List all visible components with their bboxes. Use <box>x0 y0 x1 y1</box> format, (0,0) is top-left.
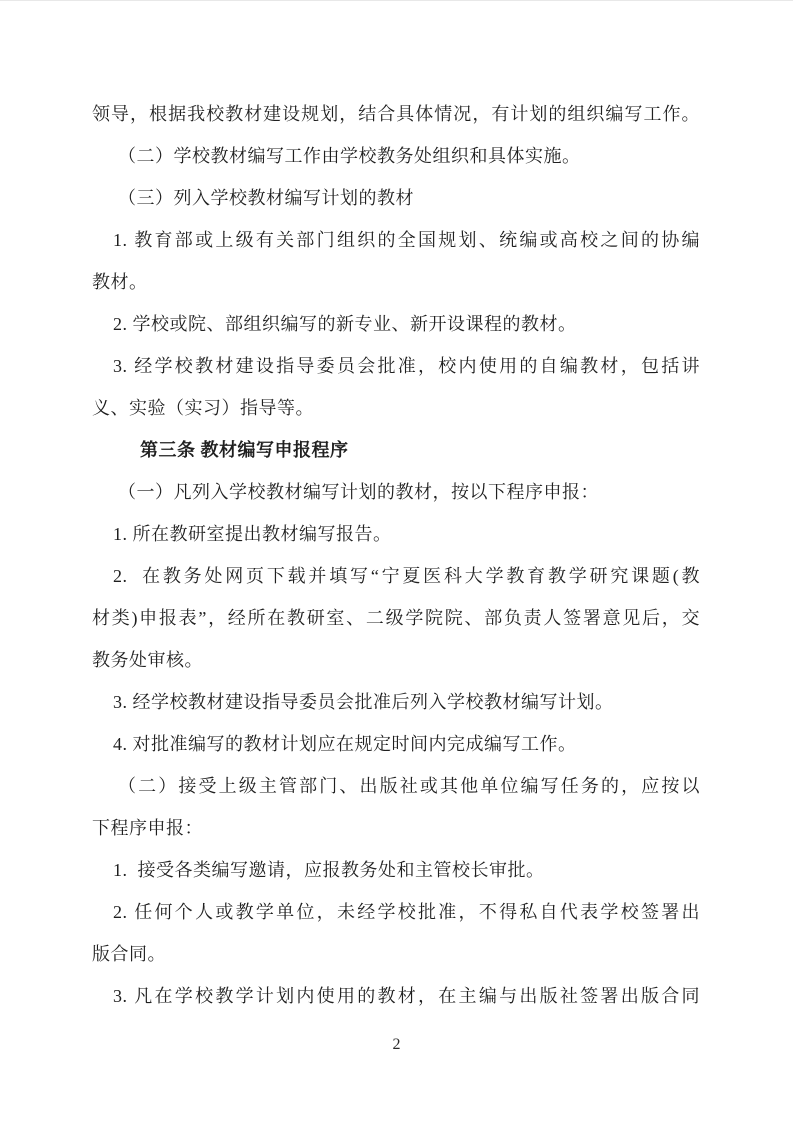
text-line: 3. 经学校教材建设指导委员会批准，校内使用的自编教材，包括讲 <box>92 345 700 387</box>
text-line: （三）列入学校教材编写计划的教材 <box>92 177 700 219</box>
text-line: 领导，根据我校教材建设规划，结合具体情况，有计划的组织编写工作。 <box>92 93 700 135</box>
page-number: 2 <box>0 1033 793 1057</box>
text-line: （二）学校教材编写工作由学校教务处组织和具体实施。 <box>92 135 700 177</box>
text-line: 2. 学校或院、部组织编写的新专业、新开设课程的教材。 <box>92 303 700 345</box>
text-line: 1. 所在教研室提出教材编写报告。 <box>92 513 700 555</box>
text-line: 4. 对批准编写的教材计划应在规定时间内完成编写工作。 <box>92 723 700 765</box>
text-line: 材类)申报表”，经所在教研室、二级学院院、部负责人签署意见后，交 <box>92 597 700 639</box>
document-body: 领导，根据我校教材建设规划，结合具体情况，有计划的组织编写工作。（二）学校教材编… <box>92 93 700 1017</box>
text-line: 1. 教育部或上级有关部门组织的全国规划、统编或高校之间的协编 <box>92 219 700 261</box>
text-line: 下程序申报： <box>92 807 700 849</box>
text-line: 3. 凡在学校教学计划内使用的教材，在主编与出版社签署出版合同 <box>92 975 700 1017</box>
text-line: （一）凡列入学校教材编写计划的教材，按以下程序申报： <box>92 471 700 513</box>
text-line: 2. 在教务处网页下载并填写“宁夏医科大学教育教学研究课题(教 <box>92 555 700 597</box>
text-line: 版合同。 <box>92 933 700 975</box>
text-line: 教材。 <box>92 261 700 303</box>
section-heading: 第三条 教材编写申报程序 <box>92 429 700 471</box>
text-line: 2. 任何个人或教学单位，未经学校批准，不得私自代表学校签署出 <box>92 891 700 933</box>
text-line: 义、实验（实习）指导等。 <box>92 387 700 429</box>
text-line: （二）接受上级主管部门、出版社或其他单位编写任务的，应按以 <box>92 765 700 807</box>
text-line: 1. 接受各类编写邀请，应报教务处和主管校长审批。 <box>92 849 700 891</box>
text-line: 3. 经学校教材建设指导委员会批准后列入学校教材编写计划。 <box>92 681 700 723</box>
text-line: 教务处审核。 <box>92 639 700 681</box>
document-page: 领导，根据我校教材建设规划，结合具体情况，有计划的组织编写工作。（二）学校教材编… <box>0 0 793 1123</box>
